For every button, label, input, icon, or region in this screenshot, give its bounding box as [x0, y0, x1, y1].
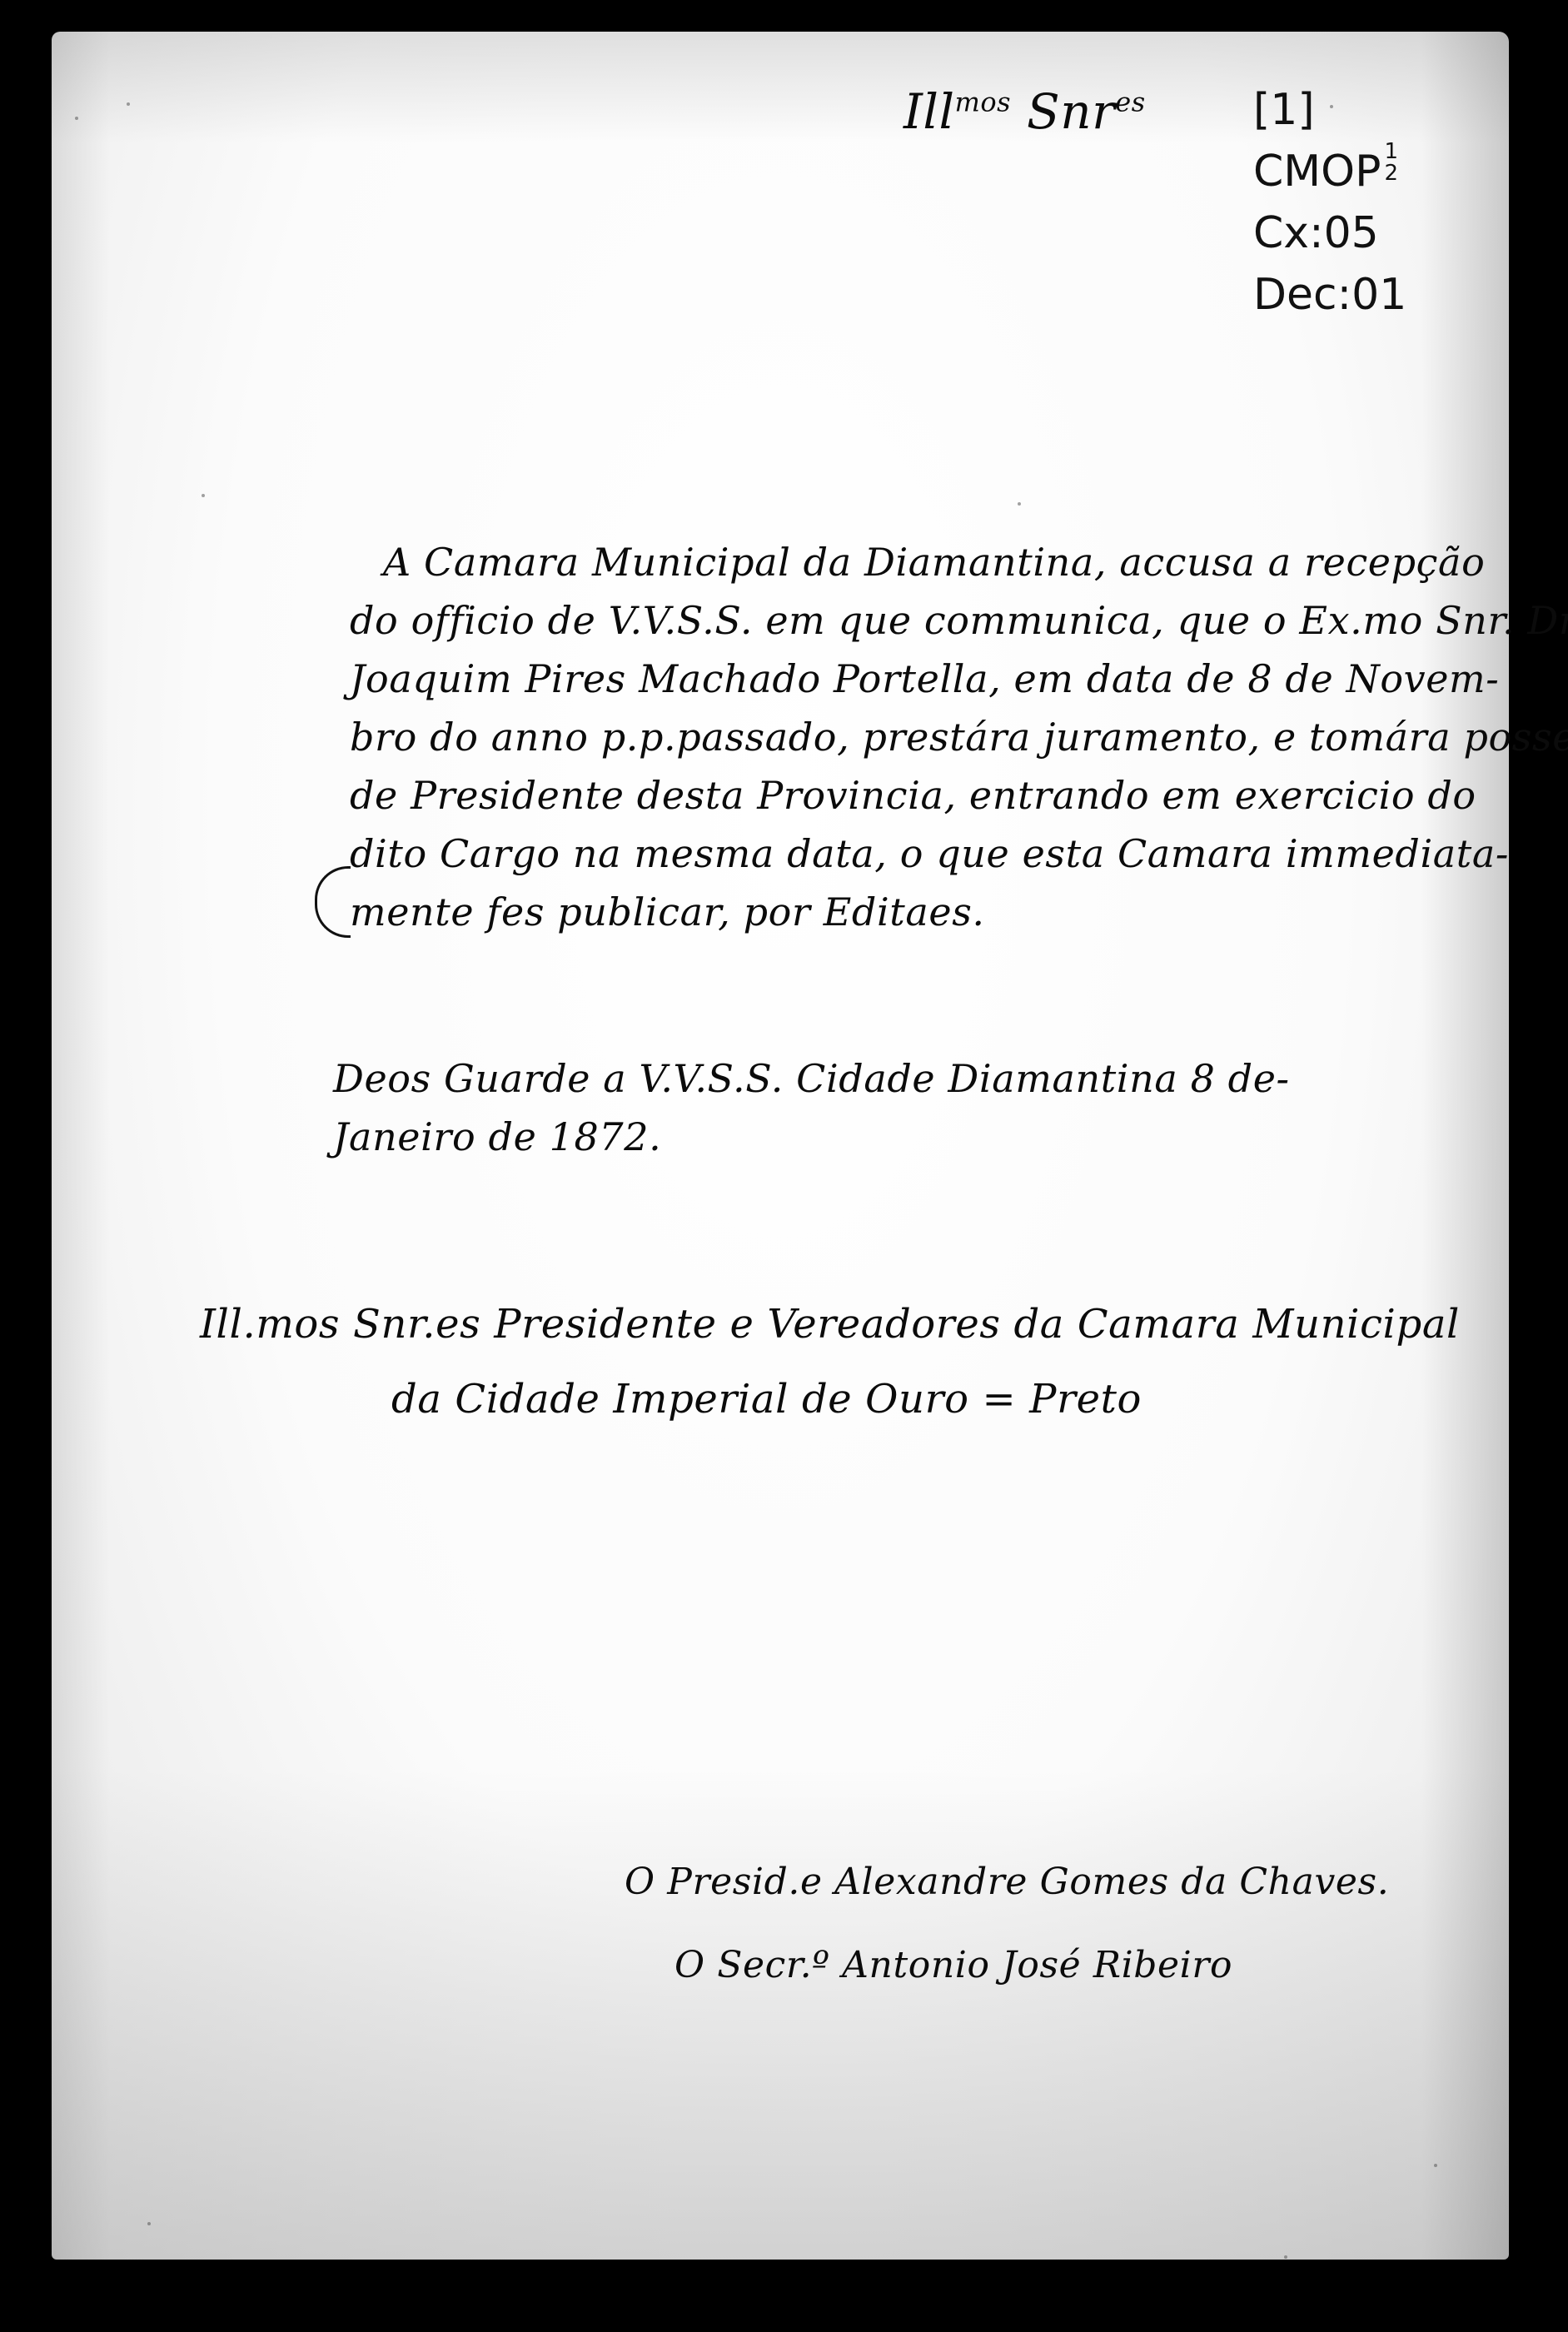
archive-collection: CMOP12 [1253, 141, 1436, 202]
signature-president: O Presid.e Alexandre Gomes da Chaves. [625, 1841, 1457, 1924]
salutation-main: Ill [903, 83, 955, 140]
body-line: de Presidente desta Provincia, entrando … [350, 766, 1482, 825]
body-line: bro do anno p.p.passado, prestára jurame… [350, 708, 1482, 766]
body-line: A Camara Municipal da Diamantina, accusa… [350, 533, 1482, 591]
archive-item-number: [1] [1253, 79, 1436, 141]
collection-code: CMOP [1253, 147, 1381, 197]
paper-speck [147, 2222, 151, 2225]
addressee-line: da Cidade Imperial de Ouro = Preto [200, 1362, 1499, 1437]
salutation-superscript: mos [955, 87, 1012, 118]
archive-reference: [1] CMOP12 Cx:05 Dec:01 [1253, 79, 1436, 326]
body-line: dito Cargo na mesma data, o que esta Cam… [350, 825, 1482, 883]
paper-speck [202, 494, 205, 497]
closing-date: Janeiro de 1872. [333, 1108, 1482, 1166]
letter-body: A Camara Municipal da Diamantina, accusa… [350, 533, 1482, 941]
collection-fraction: 12 [1384, 141, 1398, 184]
paper-speck [127, 102, 130, 106]
signature-block: O Presid.e Alexandre Gomes da Chaves. O … [625, 1841, 1457, 2007]
body-line: mente fes publicar, por Editaes. [350, 883, 1482, 941]
letter-closing: Deos Guarde a V.V.S.S. Cidade Diamantina… [333, 1049, 1482, 1166]
paper-speck [1434, 2164, 1437, 2167]
body-line: do officio de V.V.S.S. em que communica,… [350, 591, 1482, 650]
salutation: Illmos Snres [903, 83, 1146, 140]
addressee-block: Ill.mos Snr.es Presidente e Vereadores d… [200, 1287, 1499, 1437]
signature-secretary: O Secr.º Antonio José Ribeiro [625, 1924, 1457, 2007]
closing-line: Deos Guarde a V.V.S.S. Cidade Diamantina… [333, 1049, 1482, 1108]
body-line: Joaquim Pires Machado Portella, em data … [350, 650, 1482, 708]
paper-speck [75, 117, 78, 120]
archive-box: Cx:05 [1253, 202, 1436, 264]
paper-speck [1284, 2255, 1287, 2259]
paper-speck [1018, 502, 1021, 506]
archive-document: Dec:01 [1253, 264, 1436, 326]
addressee-line: Ill.mos Snr.es Presidente e Vereadores d… [200, 1287, 1499, 1362]
salutation-superscript: es [1115, 87, 1145, 118]
salutation-title: Snr [1011, 83, 1115, 140]
